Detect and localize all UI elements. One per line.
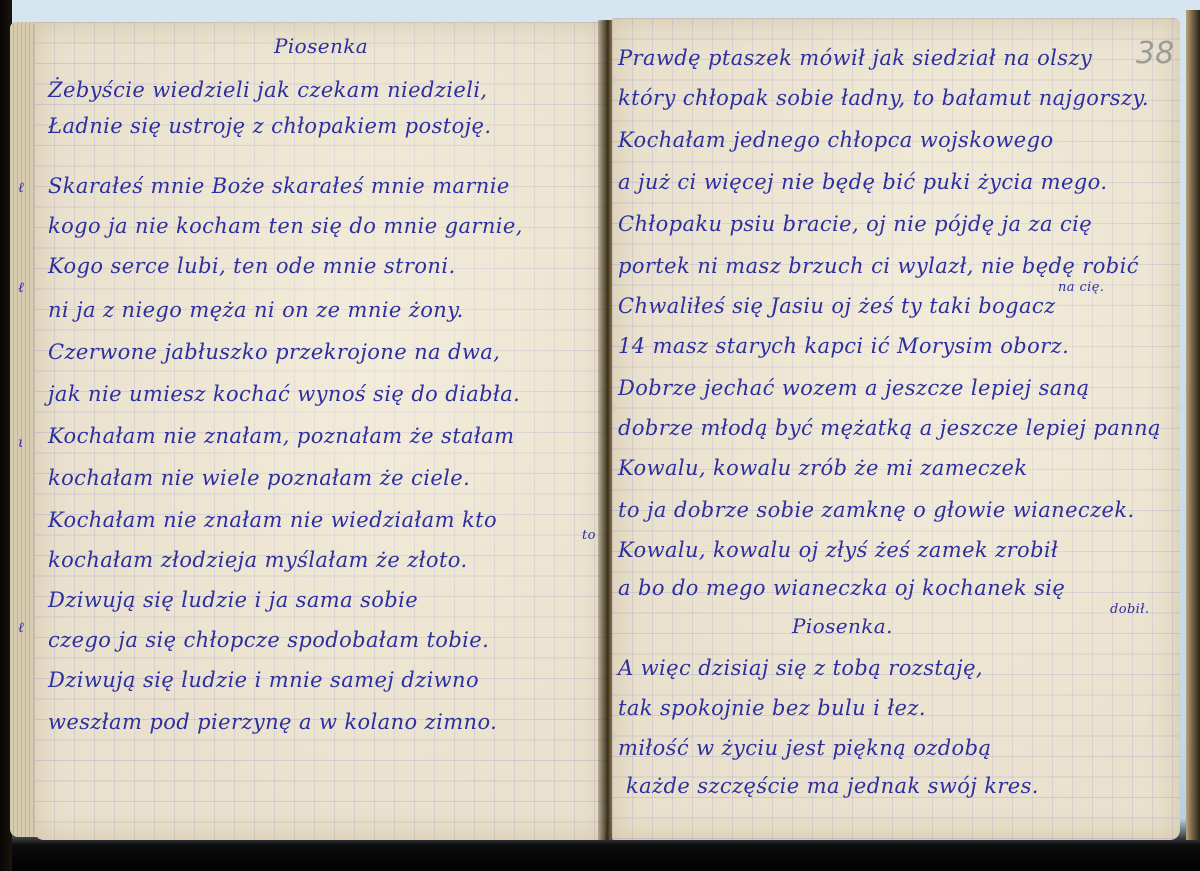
lyric-line: Dziwują się ludzie i mnie samej dziwno — [48, 668, 479, 692]
line-annotation: dobił. — [1110, 602, 1149, 617]
lyric-line: jak nie umiesz kochać wynoś się do diabł… — [48, 382, 520, 406]
line-annotation: na cię. — [1058, 280, 1104, 295]
ink-mark: ℓ — [18, 180, 24, 197]
lyric-line: Czerwone jabłuszko przekrojone na dwa, — [48, 340, 500, 364]
lyric-line: kochałam nie wiele poznałam że ciele. — [48, 466, 470, 490]
lyric-line: weszłam pod pierzynę a w kolano zimno. — [48, 710, 497, 734]
page-number: 38 — [1136, 36, 1174, 71]
lyric-line: Kowalu, kowalu zrób że mi zameczek — [618, 456, 1027, 480]
lyric-line: który chłopak sobie ładny, to bałamut na… — [618, 86, 1149, 110]
lyric-line: Kogo serce lubi, ten ode mnie stroni. — [48, 254, 456, 278]
lyric-line: Ładnie się ustroję z chłopakiem postoję. — [48, 114, 491, 138]
lyric-line: Dobrze jechać wozem a jeszcze lepiej san… — [618, 376, 1090, 400]
lyric-line: portek ni masz brzuch ci wylazł, nie będ… — [618, 254, 1139, 278]
lyric-line: A więc dzisiaj się z tobą rozstaję, — [618, 656, 983, 680]
lyric-line: dobrze młodą być mężatką a jeszcze lepie… — [618, 416, 1161, 440]
lyric-line: Kowalu, kowalu oj złyś żeś zamek zrobił — [618, 538, 1058, 562]
lyric-line: ni ja z niego męża ni on ze mnie żony. — [48, 298, 464, 322]
margin-ink-marks: ℓ ℓ ι ℓ — [14, 60, 32, 800]
lyric-line: Żebyście wiedzieli jak czekam niedzieli, — [48, 78, 488, 102]
lyric-line: Prawdę ptaszek mówił jak siedział na ols… — [618, 46, 1092, 70]
lyric-line: Chwaliłeś się Jasiu oj żeś ty taki bogac… — [618, 294, 1056, 318]
lyric-line: tak spokojnie bez bulu i łez. — [618, 696, 926, 720]
ink-mark: ι — [18, 435, 24, 451]
lyric-line: Chłopaku psiu bracie, oj nie pójdę ja za… — [618, 212, 1092, 236]
lyric-line: a bo do mego wianeczka oj kochanek się — [618, 576, 1065, 600]
left-page: Piosenka Żebyście wiedzieli jak czekam n… — [34, 22, 606, 840]
lyric-line: a już ci więcej nie będę bić puki życia … — [618, 170, 1107, 194]
lyric-line: każde szczęście ma jednak swój kres. — [626, 774, 1039, 798]
lyric-line: Kochałam nie znałam nie wiedziałam kto — [48, 508, 497, 532]
line-annotation: to — [582, 528, 596, 543]
lyric-line: kochałam złodzieja myślałam że złoto. — [48, 548, 468, 572]
lyric-line: Kochałam jednego chłopca wojskowego — [618, 128, 1054, 152]
lyric-line: miłość w życiu jest piękną ozdobą — [618, 736, 991, 760]
notebook-right-edge — [1186, 10, 1200, 840]
lyric-line: Kochałam nie znałam, poznałam że stałam — [48, 424, 514, 448]
lyric-line: Skarałeś mnie Boże skarałeś mnie marnie — [48, 174, 510, 198]
song-title: Piosenka — [274, 34, 368, 58]
lyric-line: czego ja się chłopcze spodobałam tobie. — [48, 628, 489, 652]
song-title: Piosenka. — [792, 614, 893, 638]
ink-mark: ℓ — [18, 280, 24, 297]
lyric-line: 14 masz starych kapci ić Morysim oborz. — [618, 334, 1069, 358]
lyric-line: Dziwują się ludzie i ja sama sobie — [48, 588, 418, 612]
lyric-line: to ja dobrze sobie zamknę o głowie wiane… — [618, 498, 1135, 522]
ink-mark: ℓ — [18, 620, 24, 637]
right-page: 38 Prawdę ptaszek mówił jak siedział na … — [612, 18, 1180, 840]
lyric-line: kogo ja nie kocham ten się do mnie garni… — [48, 214, 523, 238]
